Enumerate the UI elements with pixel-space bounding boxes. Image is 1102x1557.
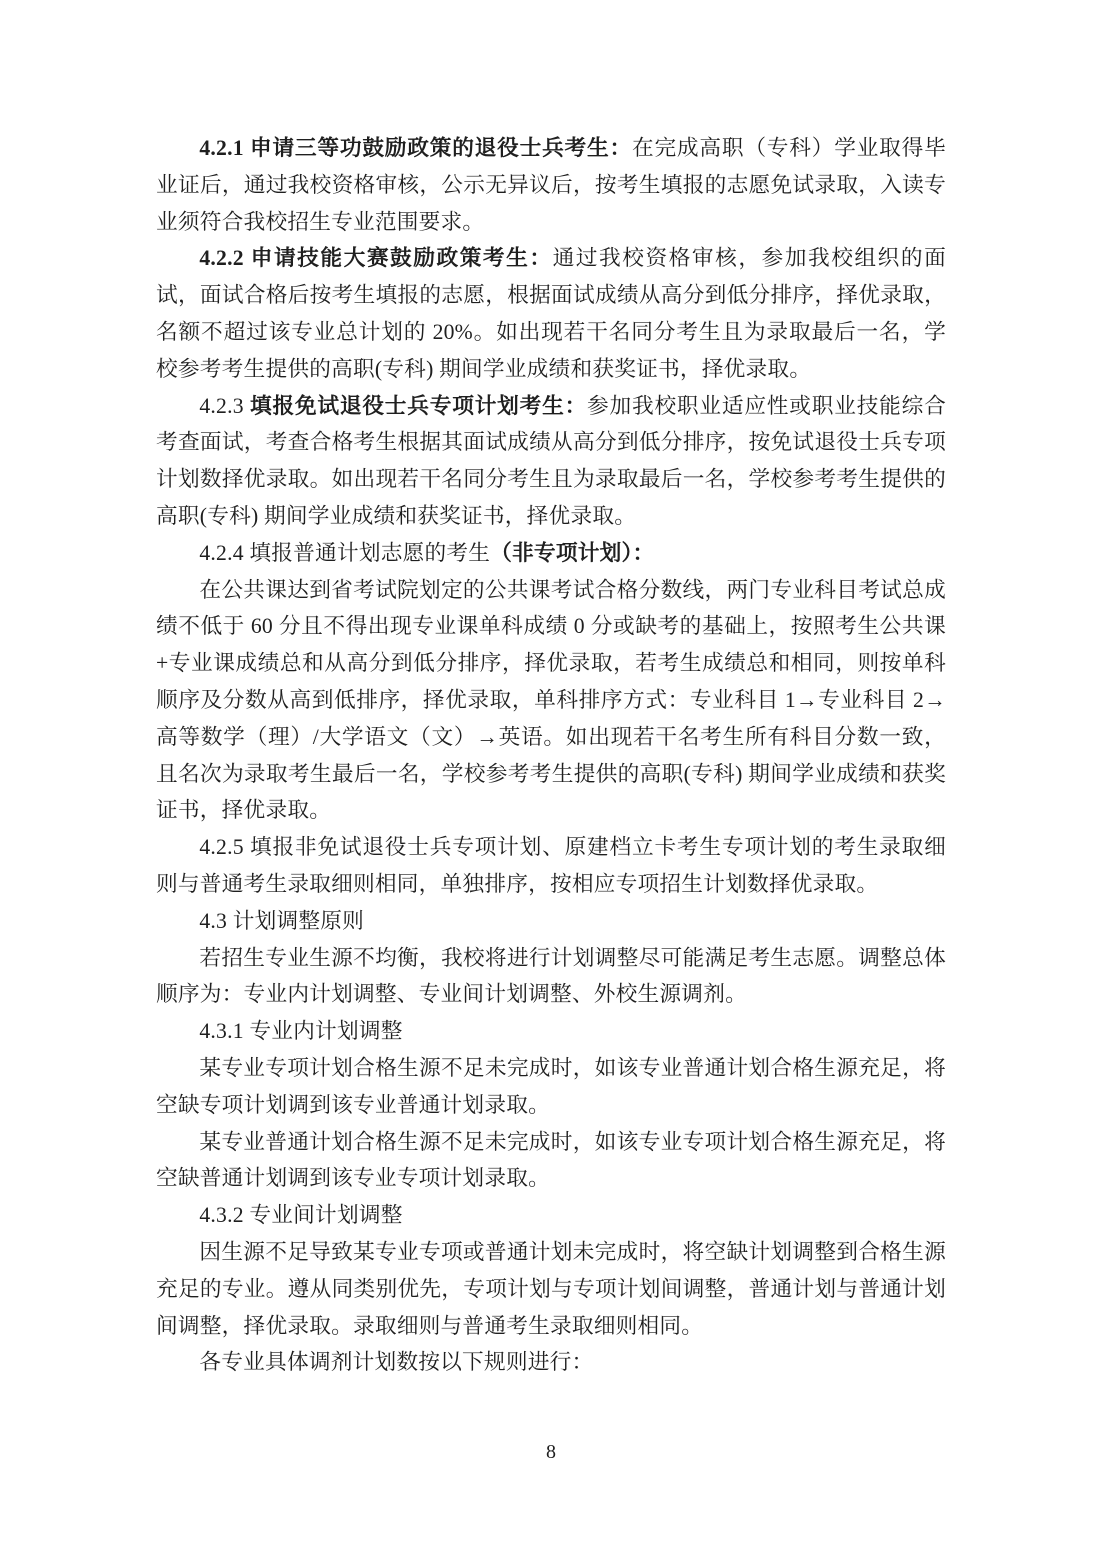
document-page: 4.2.1 申请三等功鼓励政策的退役士兵考生：在完成高职（专科）学业取得毕业证后… <box>0 0 1102 1557</box>
section-4-2-1: 4.2.1 申请三等功鼓励政策的退役士兵考生：在完成高职（专科）学业取得毕业证后… <box>156 130 946 240</box>
page-number: 8 <box>0 1440 1102 1464</box>
text-segment: 某专业普通计划合格生源不足未完成时，如该专业专项计划合格生源充足，将空缺普通计划… <box>156 1130 946 1191</box>
text-segment: 若招生专业生源不均衡，我校将进行计划调整尽可能满足考生志愿。调整总体顺序为：专业… <box>156 946 946 1007</box>
section-4-3-2-body: 因生源不足导致某专业专项或普通计划未完成时，将空缺计划调整到合格生源充足的专业。… <box>156 1234 946 1344</box>
text-segment: 因生源不足导致某专业专项或普通计划未完成时，将空缺计划调整到合格生源充足的专业。… <box>156 1240 946 1338</box>
section-4-3-1-heading: 4.3.1 专业内计划调整 <box>156 1013 946 1050</box>
text-segment: 在公共课达到省考试院划定的公共课考试合格分数线，两门专业科目考试总成绩不低于 6… <box>156 578 946 823</box>
document-body: 4.2.1 申请三等功鼓励政策的退役士兵考生：在完成高职（专科）学业取得毕业证后… <box>156 130 946 1381</box>
section-4-3-1-body-a: 某专业专项计划合格生源不足未完成时，如该专业普通计划合格生源充足，将空缺专项计划… <box>156 1050 946 1124</box>
text-segment: 4.3.2 专业间计划调整 <box>199 1203 402 1227</box>
text-segment: 某专业专项计划合格生源不足未完成时，如该专业普通计划合格生源充足，将空缺专项计划… <box>156 1056 946 1117</box>
text-segment: 4.2.3 <box>199 394 250 418</box>
section-4-2-5: 4.2.5 填报非免试退役士兵专项计划、原建档立卡考生专项计划的考生录取细则与普… <box>156 829 946 903</box>
section-4-2-3: 4.2.3 填报免试退役士兵专项计划考生：参加我校职业适应性或职业技能综合考查面… <box>156 388 946 535</box>
section-4-3-2-tail: 各专业具体调剂计划数按以下规则进行： <box>156 1344 946 1381</box>
text-segment: 4.3.1 专业内计划调整 <box>199 1019 402 1043</box>
text-segment: 4.2.2 申请技能大赛鼓励政策考生： <box>199 246 552 270</box>
section-4-3-1-body-b: 某专业普通计划合格生源不足未完成时，如该专业专项计划合格生源充足，将空缺普通计划… <box>156 1124 946 1198</box>
section-4-2-4-body: 在公共课达到省考试院划定的公共课考试合格分数线，两门专业科目考试总成绩不低于 6… <box>156 572 946 830</box>
section-4-2-2: 4.2.2 申请技能大赛鼓励政策考生：通过我校资格审核，参加我校组织的面试，面试… <box>156 240 946 387</box>
section-4-3-heading: 4.3 计划调整原则 <box>156 903 946 940</box>
text-segment: 4.2.4 填报普通计划志愿的考生 <box>199 541 490 565</box>
text-segment: 各专业具体调剂计划数按以下规则进行： <box>199 1350 593 1374</box>
section-4-3-body: 若招生专业生源不均衡，我校将进行计划调整尽可能满足考生志愿。调整总体顺序为：专业… <box>156 940 946 1014</box>
text-segment: 4.3 计划调整原则 <box>199 909 364 933</box>
text-segment: 4.2.1 申请三等功鼓励政策的退役士兵考生： <box>199 136 632 160</box>
text-segment: 4.2.5 填报非免试退役士兵专项计划、原建档立卡考生专项计划的考生录取细则与普… <box>156 835 946 896</box>
text-segment: （非专项计划）： <box>490 541 654 565</box>
section-4-3-2-heading: 4.3.2 专业间计划调整 <box>156 1197 946 1234</box>
text-segment: 填报免试退役士兵专项计划考生： <box>250 394 587 418</box>
section-4-2-4: 4.2.4 填报普通计划志愿的考生（非专项计划）： <box>156 535 946 572</box>
